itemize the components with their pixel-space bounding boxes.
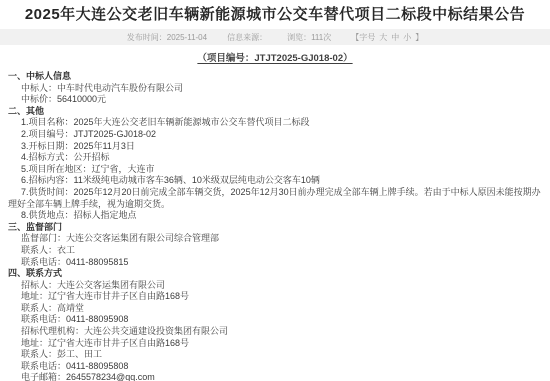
view-count: 浏览：111次 (287, 32, 331, 43)
page-title: 2025年大连公交老旧车辆新能源城市公交车替代项目二标段中标结果公告 (0, 0, 550, 25)
section-other: 二、其他 1.项目名称：2025年大连公交老旧车辆新能源城市公交车替代项目二标段… (8, 106, 542, 222)
info-source: 信息来源： (227, 32, 267, 43)
section-heading: 三、监督部门 (8, 222, 542, 234)
section-contact: 四、联系方式 招标人：大连公交客运集团有限公司 地址：辽宁省大连市甘井子区自由路… (8, 268, 542, 381)
font-size-suffix: 】 (415, 32, 423, 43)
project-name-line: 1.项目名称：2025年大连公交老旧车辆新能源城市公交车替代项目二标段 (8, 117, 542, 129)
section-supervision: 三、监督部门 监督部门：大连公交客运集团有限公司综合管理部 联系人：衣工 联系电… (8, 222, 542, 268)
agency-email-line: 电子邮箱：2645578234@qq.com (8, 372, 542, 381)
agency-phone-line: 联系电话：0411-88095808 (8, 361, 542, 373)
font-size-medium-button[interactable]: 中 (391, 32, 399, 43)
section-heading: 一、中标人信息 (8, 71, 542, 83)
project-number-line: （项目编号：JTJT2025-GJ018-02） (0, 50, 550, 64)
section-winner-info: 一、中标人信息 中标人：中车时代电动汽车股份有限公司 中标价：56410000元 (8, 71, 542, 106)
font-size-prefix: 【字号 (351, 32, 375, 43)
winner-price-line: 中标价：56410000元 (8, 94, 542, 106)
font-size-small-button[interactable]: 小 (403, 32, 411, 43)
project-number: （项目编号：JTJT2025-GJ018-02） (197, 53, 352, 64)
bid-content-line: 6.招标内容：11米级纯电动城市客车36辆、10米级双层纯电动公交客车10辆 (8, 175, 542, 187)
agency-name-line: 招标代理机构：大连公共交通建设投资集团有限公司 (8, 326, 542, 338)
winner-name-line: 中标人：中车时代电动汽车股份有限公司 (8, 83, 542, 95)
agency-address-line: 地址：辽宁省大连市甘井子区自由路168号 (8, 338, 542, 350)
tenderer-address-line: 地址：辽宁省大连市甘井子区自由路168号 (8, 291, 542, 303)
project-number-item-line: 2.项目编号：JTJT2025-GJ018-02 (8, 129, 542, 141)
announcement-body: 一、中标人信息 中标人：中车时代电动汽车股份有限公司 中标价：56410000元… (0, 71, 550, 381)
meta-bar: 发布时间：2025-11-04 信息来源： 浏览：111次 【字号 大 中 小 … (0, 29, 550, 45)
supervision-phone-line: 联系电话：0411-88095815 (8, 257, 542, 269)
delivery-time-line: 7.供货时间：2025年12月20日前完成全部车辆交货，2025年12月30日前… (8, 187, 542, 210)
tenderer-contact-line: 联系人：高靖堂 (8, 303, 542, 315)
bid-open-date-line: 3.开标日期：2025年11月3日 (8, 141, 542, 153)
delivery-place-line: 8.供货地点：招标人指定地点 (8, 210, 542, 222)
section-heading: 四、联系方式 (8, 268, 542, 280)
publish-time: 发布时间：2025-11-04 (127, 32, 207, 43)
project-region-line: 5.项目所在地区：辽宁省，大连市 (8, 164, 542, 176)
font-size-large-button[interactable]: 大 (379, 32, 387, 43)
tenderer-name-line: 招标人：大连公交客运集团有限公司 (8, 280, 542, 292)
agency-contact-line: 联系人：彭工、田工 (8, 349, 542, 361)
font-size-control: 【字号 大 中 小 】 (351, 32, 423, 43)
tenderer-phone-line: 联系电话：0411-88095908 (8, 314, 542, 326)
section-heading: 二、其他 (8, 106, 542, 118)
bid-method-line: 4.招标方式：公开招标 (8, 152, 542, 164)
supervision-dept-line: 监督部门：大连公交客运集团有限公司综合管理部 (8, 233, 542, 245)
announcement-page: 2025年大连公交老旧车辆新能源城市公交车替代项目二标段中标结果公告 发布时间：… (0, 0, 550, 381)
supervision-contact-line: 联系人：衣工 (8, 245, 542, 257)
